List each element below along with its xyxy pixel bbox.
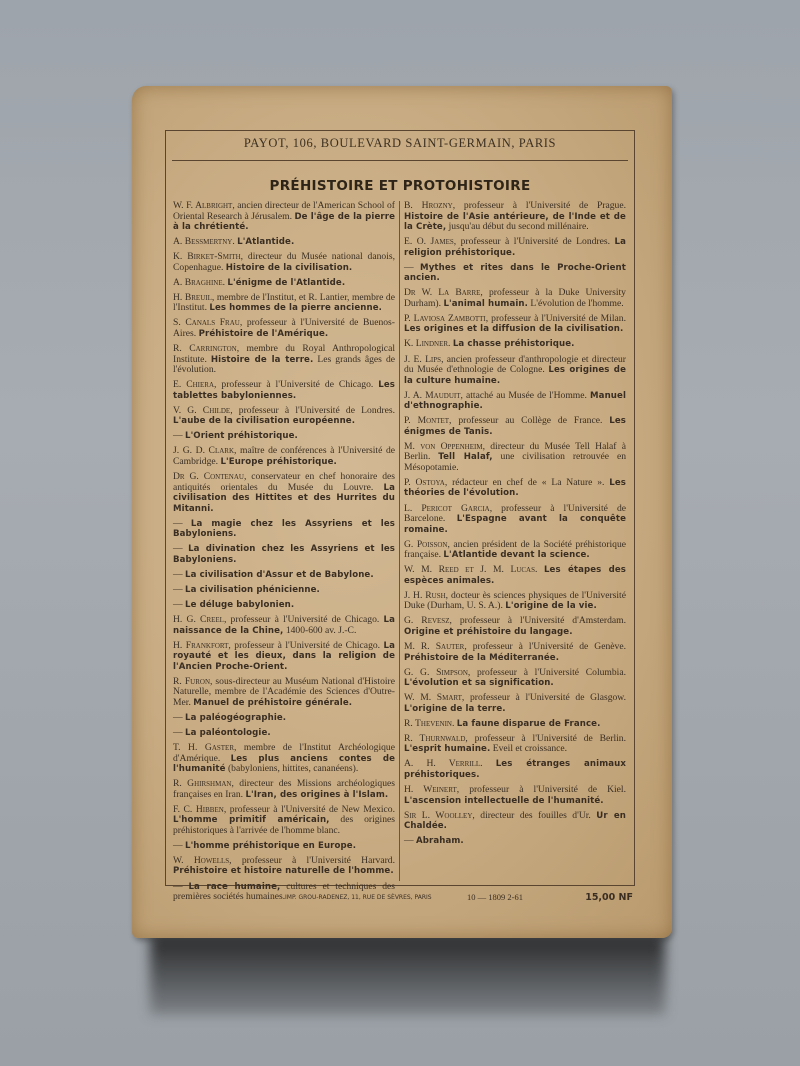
catalog-entry: H. Frankfort, professeur à l'Université … xyxy=(173,641,395,673)
entry-description: — xyxy=(173,584,185,595)
left-column: W. F. Albright, ancien directeur de l'Am… xyxy=(173,201,395,907)
entry-author: T. H. Gaster xyxy=(173,742,234,753)
entry-title: Les hommes de la pierre ancienne. xyxy=(209,303,382,313)
entry-author: G. G. Simpson xyxy=(404,667,468,678)
catalog-entry: — Abraham. xyxy=(404,836,626,847)
entry-title: La civilisation phénicienne. xyxy=(185,585,320,595)
printer-imprint: IMP. GROU-RADENEZ, 11, RUE DE SÈVRES, PA… xyxy=(285,894,432,901)
entry-author: G. Poisson xyxy=(404,539,447,550)
entry-author: J. H. Rush xyxy=(404,590,446,601)
catalog-entry: F. C. Hibben, professeur à l'Université … xyxy=(173,805,395,837)
entry-author: Sir L. Woolley xyxy=(404,810,472,821)
catalog-entry: P. Montet, professeur au Collège de Fran… xyxy=(404,416,626,437)
entry-author: J. G. D. Clark xyxy=(173,445,234,456)
catalog-entry: T. H. Gaster, membre de l'Institut Arché… xyxy=(173,743,395,775)
catalog-entry: — L'Orient préhistorique. xyxy=(173,431,395,442)
catalog-entry: A. H. Verrill. Les étranges animaux préh… xyxy=(404,759,626,780)
entry-title: La civilisation d'Assur et de Babylone. xyxy=(185,570,374,580)
entry-author: E. Chiera xyxy=(173,379,214,390)
entry-description: , directeur des fouilles d'Ur. xyxy=(472,810,596,821)
entry-title: L'ascension intellectuelle de l'humanité… xyxy=(404,796,604,806)
entry-title: Abraham. xyxy=(416,836,464,846)
entry-author: R. Ghirshman xyxy=(173,778,231,789)
entry-description: — xyxy=(173,518,191,529)
entry-description: — xyxy=(404,835,416,846)
entry-title: Préhistoire et histoire naturelle de l'h… xyxy=(173,866,394,876)
entry-title: Histoire de la terre. xyxy=(211,355,313,365)
entry-title: La faune disparue de France. xyxy=(457,719,601,729)
entry-author: P. Montet xyxy=(404,415,449,426)
catalog-entry: E. O. James, professeur à l'Université d… xyxy=(404,237,626,258)
entry-title: L'homme primitif américain, xyxy=(173,815,330,825)
entry-title: Tell Halaf, xyxy=(438,452,492,462)
entry-author: H. G. Creel xyxy=(173,614,224,625)
entry-description: , professeur à l'Université d'Amsterdam. xyxy=(449,615,626,626)
entry-title: La chasse préhistorique. xyxy=(453,339,575,349)
entry-subtitle: L'évolution de l'homme. xyxy=(528,298,624,309)
catalog-entry: J. H. Rush, docteur ès sciences physique… xyxy=(404,591,626,612)
entry-author: W. Howells xyxy=(173,855,229,866)
catalog-entry: — La divination chez les Assyriens et le… xyxy=(173,544,395,565)
entry-title: La paléogéographie. xyxy=(185,713,286,723)
catalog-entry: A. Braghine. L'énigme de l'Atlantide. xyxy=(173,278,395,289)
catalog-entry: — La paléogéographie. xyxy=(173,713,395,724)
header-rule xyxy=(172,160,628,161)
entry-author: V. G. Childe xyxy=(173,405,230,416)
entry-author: J. A. Mauduit xyxy=(404,390,460,401)
catalog-entry: J. G. D. Clark, maître de conférences à … xyxy=(173,446,395,467)
catalog-entry: M. R. Sauter, professeur à l'Université … xyxy=(404,642,626,663)
entry-description: , professeur à l'Université de Genève. xyxy=(464,641,626,652)
entry-author: H. Weinert xyxy=(404,784,457,795)
entry-description: , professeur à l'Université de Kiel. xyxy=(457,784,626,795)
entry-author: H. Frankfort xyxy=(173,640,228,651)
entry-author: Dr W. La Barre xyxy=(404,287,480,298)
catalog-entry: K. Lindner. La chasse préhistorique. xyxy=(404,339,626,350)
entry-author: P. Ostoya xyxy=(404,477,445,488)
entry-author: K. Lindner xyxy=(404,338,448,349)
entry-description: , professeur à l'Université Harvard. xyxy=(229,855,395,866)
entry-author: M. von Oppenheim xyxy=(404,441,483,452)
entry-author: G. Revesz xyxy=(404,615,449,626)
entry-title: L'évolution et sa signification. xyxy=(404,678,554,688)
print-code: 10 — 1809 2-61 xyxy=(467,892,523,902)
column-divider xyxy=(399,201,400,881)
catalog-entry: — La paléontologie. xyxy=(173,728,395,739)
catalog-entry: K. Birket-Smith, directeur du Musée nati… xyxy=(173,252,395,273)
catalog-entry: G. G. Simpson, professeur à l'Université… xyxy=(404,668,626,689)
catalog-entry: — La magie chez les Assyriens et les Bab… xyxy=(173,519,395,540)
entry-author: A. Bessmertny xyxy=(173,236,232,247)
catalog-entry: G. Revesz, professeur à l'Université d'A… xyxy=(404,616,626,637)
entry-author: E. O. James xyxy=(404,236,454,247)
catalog-entry: J. E. Lips, ancien professeur d'anthropo… xyxy=(404,355,626,387)
entry-description: . xyxy=(535,564,544,575)
entry-author: L. Pericot Garcia xyxy=(404,503,490,514)
entry-title: L'aube de la civilisation européenne. xyxy=(173,416,355,426)
catalog-entry: G. Poisson, ancien président de la Socié… xyxy=(404,540,626,561)
entry-title: La divination chez les Assyriens et les … xyxy=(173,544,395,565)
catalog-entry: W. M. Reed et J. M. Lucas. Les étapes de… xyxy=(404,565,626,586)
entry-title: Origine et préhistoire du langage. xyxy=(404,627,573,637)
entry-description: , professeur à l'Université de Londres. xyxy=(454,236,615,247)
entry-title: L'origine de la terre. xyxy=(404,704,506,714)
catalog-entry: W. F. Albright, ancien directeur de l'Am… xyxy=(173,201,395,233)
entry-description: , attaché au Musée de l'Homme. xyxy=(460,390,590,401)
catalog-entry: H. Breuil, membre de l'Institut, et R. L… xyxy=(173,293,395,314)
section-title: PRÉHISTOIRE ET PROTOHISTOIRE xyxy=(166,178,634,194)
entry-title: La paléontologie. xyxy=(185,728,271,738)
catalog-entry: R. Thurnwald, professeur à l'Université … xyxy=(404,734,626,755)
catalog-entry: E. Chiera, professeur à l'Université de … xyxy=(173,380,395,401)
entry-description: , professeur à l'Université de New Mexic… xyxy=(224,804,395,815)
entry-title: L'Iran, des origines à l'Islam. xyxy=(245,790,388,800)
catalog-entry: L. Pericot Garcia, professeur à l'Univer… xyxy=(404,504,626,536)
entry-description: — xyxy=(173,712,185,723)
entry-title: L'Orient préhistorique. xyxy=(185,431,298,441)
catalog-entry: — La civilisation phénicienne. xyxy=(173,585,395,596)
entry-subtitle: (babyloniens, hittites, cananéens). xyxy=(226,763,359,774)
catalog-entry: W. Howells, professeur à l'Université Ha… xyxy=(173,856,395,877)
entry-author: A. Braghine xyxy=(173,277,223,288)
price-label: 15,00 NF xyxy=(585,892,633,903)
entry-description: , professeur à l'Université de Glasgow. xyxy=(462,692,626,703)
entry-title: L'esprit humaine. xyxy=(404,744,490,754)
entry-description: , rédacteur en chef de « La Nature ». xyxy=(445,477,609,488)
catalog-entry: R. Ghirshman, directeur des Missions arc… xyxy=(173,779,395,800)
catalog-entry: R. Thevenin. La faune disparue de France… xyxy=(404,719,626,730)
publisher-line: PAYOT, 106, BOULEVARD SAINT-GERMAIN, PAR… xyxy=(166,136,634,151)
entry-description: , professeur à l'Université Columbia. xyxy=(468,667,626,678)
catalog-entry: R. Carrington, membre du Royal Anthropol… xyxy=(173,344,395,376)
catalog-entry: Sir L. Woolley, directeur des fouilles d… xyxy=(404,811,626,832)
entry-title: Le déluge babylonien. xyxy=(185,600,294,610)
catalog-entry: J. A. Mauduit, attaché au Musée de l'Hom… xyxy=(404,391,626,412)
catalog-entry: R. Furon, sous-directeur au Muséum Natio… xyxy=(173,677,395,709)
entry-author: Dr G. Contenau xyxy=(173,471,244,482)
right-column: B. Hrozny, professeur à l'Université de … xyxy=(404,201,626,851)
catalog-entry: M. von Oppenheim, directeur du Musée Tel… xyxy=(404,442,626,474)
entry-description: — xyxy=(173,569,185,580)
entry-title: L'homme préhistorique en Europe. xyxy=(185,841,356,851)
entry-title: La magie chez les Assyriens et les Babyl… xyxy=(173,519,395,540)
entry-description: , professeur à l'Université de Milan. xyxy=(486,313,626,324)
entry-description: — xyxy=(173,599,185,610)
catalog-entry: — Mythes et rites dans le Proche-Orient … xyxy=(404,263,626,284)
entry-description: . xyxy=(480,758,496,769)
entry-author: M. R. Sauter xyxy=(404,641,464,652)
catalog-frame: PAYOT, 106, BOULEVARD SAINT-GERMAIN, PAR… xyxy=(165,130,635,886)
entry-subtitle: jusqu'au début du second millénaire. xyxy=(446,221,588,232)
cover-footer: IMP. GROU-RADENEZ, 11, RUE DE SÈVRES, PA… xyxy=(165,892,633,906)
catalog-entry: A. Bessmertny. L'Atlantide. xyxy=(173,237,395,248)
entry-subtitle: Eveil et croissance. xyxy=(490,743,567,754)
catalog-entry: H. Weinert, professeur à l'Université de… xyxy=(404,785,626,806)
entry-title: Préhistoire de l'Amérique. xyxy=(199,329,329,339)
entry-description: , professeur à l'Université de Berlin. xyxy=(465,733,626,744)
entry-author: W. M. Reed et J. M. Lucas xyxy=(404,564,535,575)
entry-title: Les origines et la diffusion de la civil… xyxy=(404,324,623,334)
entry-author: W. M. Smart xyxy=(404,692,462,703)
entry-author: R. Furon xyxy=(173,676,210,687)
catalog-entry: S. Canals Frau, professeur à l'Universit… xyxy=(173,318,395,339)
catalog-entry: Dr W. La Barre, professeur à la Duke Uni… xyxy=(404,288,626,309)
catalog-entry: — Le déluge babylonien. xyxy=(173,600,395,611)
catalog-entry: B. Hrozny, professeur à l'Université de … xyxy=(404,201,626,233)
entry-author: A. H. Verrill xyxy=(404,758,480,769)
entry-description: — xyxy=(404,262,420,273)
entry-author: R. Thevenin xyxy=(404,718,452,729)
entry-title: L'Europe préhistorique. xyxy=(220,457,336,467)
entry-title: L'Atlantide devant la science. xyxy=(443,550,589,560)
entry-description: , professeur à l'Université de Londres. xyxy=(230,405,395,416)
entry-author: S. Canals Frau xyxy=(173,317,240,328)
book-shadow xyxy=(150,935,665,1015)
entry-subtitle: 1400-600 av. J.-C. xyxy=(283,625,356,636)
catalog-entry: W. M. Smart, professeur à l'Université d… xyxy=(404,693,626,714)
entry-title: Histoire de la civilisation. xyxy=(226,263,353,273)
entry-description: — xyxy=(173,727,185,738)
entry-author: R. Thurnwald xyxy=(404,733,465,744)
catalog-entry: Dr G. Contenau, conservateur en chef hon… xyxy=(173,472,395,514)
entry-author: P. Laviosa Zambotti xyxy=(404,313,486,324)
catalog-entry: — L'homme préhistorique en Europe. xyxy=(173,841,395,852)
entry-title: L'origine de la vie. xyxy=(505,601,597,611)
entry-title: L'animal humain. xyxy=(443,299,528,309)
entry-title: La race humaine, xyxy=(188,882,280,892)
entry-description: — xyxy=(173,430,185,441)
entry-author: W. F. Albright xyxy=(173,200,232,211)
entry-description: — xyxy=(173,543,188,554)
entry-title: Mythes et rites dans le Proche-Orient an… xyxy=(404,263,626,284)
entry-description: , professeur à l'Université de Prague. xyxy=(453,200,626,211)
entry-author: B. Hrozny xyxy=(404,200,453,211)
entry-author: J. E. Lips xyxy=(404,354,441,365)
entry-title: Préhistoire de la Méditerranée. xyxy=(404,653,559,663)
entry-author: H. Breuil xyxy=(173,292,212,303)
entry-author: K. Birket-Smith xyxy=(173,251,241,262)
catalog-entry: V. G. Childe, professeur à l'Université … xyxy=(173,406,395,427)
catalog-entry: P. Ostoya, rédacteur en chef de « La Nat… xyxy=(404,478,626,499)
catalog-entry: P. Laviosa Zambotti, professeur à l'Univ… xyxy=(404,314,626,335)
entry-title: L'énigme de l'Atlantide. xyxy=(227,278,345,288)
catalog-entry: H. G. Creel, professeur à l'Université d… xyxy=(173,615,395,636)
entry-title: Manuel de préhistoire générale. xyxy=(193,698,352,708)
entry-description: , professeur à l'Université de Chicago. xyxy=(224,614,384,625)
catalog-entry: — La civilisation d'Assur et de Babylone… xyxy=(173,570,395,581)
entry-author: F. C. Hibben xyxy=(173,804,224,815)
entry-description: , professeur à l'Université de Chicago. xyxy=(214,379,378,390)
entry-author: R. Carrington xyxy=(173,343,237,354)
entry-description: — xyxy=(173,881,188,892)
entry-description: , professeur à l'Université de Chicago. xyxy=(228,640,383,651)
entry-description: , professeur au Collège de France. xyxy=(449,415,609,426)
entry-description: — xyxy=(173,840,185,851)
entry-title: L'Atlantide. xyxy=(237,237,294,247)
